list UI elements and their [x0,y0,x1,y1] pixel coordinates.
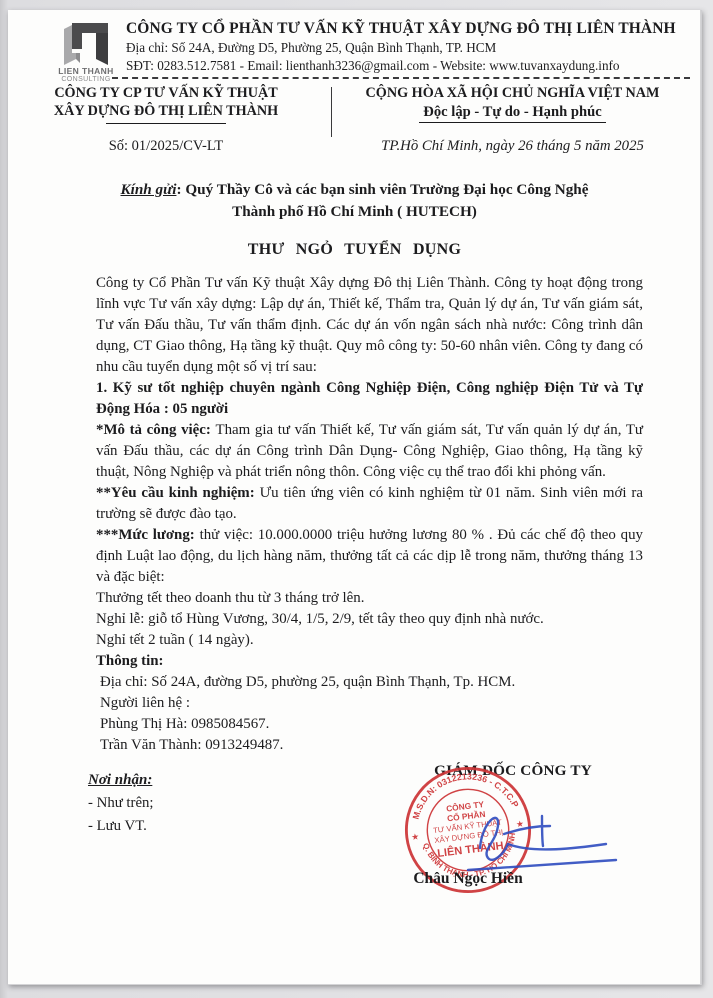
motto-block: CỘNG HÒA XÃ HỘI CHỦ NGHĨA VIỆT NAM Độc l… [324,85,701,124]
company-logo: LIEN THANH CONSULTING [54,19,118,89]
issuer-underline [106,123,226,124]
salutation: Kính gửi: Quý Thầy Cô và các bạn sinh vi… [8,179,701,223]
scan-background: LIEN THANH CONSULTING CÔNG TY CỔ PHẦN TƯ… [0,0,713,998]
signer-name: Châu Ngọc Hiền [368,870,568,888]
document-page: LIEN THANH CONSULTING CÔNG TY CỔ PHẦN TƯ… [8,10,702,985]
logo-text-line2: CONSULTING [54,76,118,84]
issuer-line1: CÔNG TY CP TƯ VẤN KỸ THUẬT [8,85,324,103]
salutation-line1: Quý Thầy Cô và các bạn sinh viên Trường … [185,181,588,198]
header-vertical-divider [331,87,332,137]
recipient-item: - Lưu VT. [88,815,154,839]
paragraph-holidays: Nghỉ lễ: giỗ tổ Hùng Vương, 30/4, 1/5, 2… [96,609,643,630]
paragraph-info-label: Thông tin: [96,651,643,672]
recipients-label: Nơi nhận: [88,768,154,792]
company-address: Địa chỉ: Số 24A, Đường D5, Phường 25, Qu… [126,40,685,56]
national-header: CÔNG TY CP TƯ VẤN KỸ THUẬT XÂY DỰNG ĐÔ T… [8,85,701,124]
recipients-block: Nơi nhận: - Như trên; - Lưu VT. [88,768,154,839]
stamp-star-left: ★ [411,831,420,842]
recipient-item: - Như trên; [88,792,154,816]
paragraph-contact-2: Trần Văn Thành: 0913249487. [96,735,643,756]
letter-body: Công ty Cổ Phần Tư vấn Kỹ thuật Xây dựng… [8,259,701,756]
company-letterhead: LIEN THANH CONSULTING CÔNG TY CỔ PHẦN TƯ… [8,10,701,79]
paragraph-tet-bonus: Thưởng tết theo doanh thu từ 3 tháng trở… [96,588,643,609]
paragraph-position: 1. Kỹ sư tốt nghiệp chuyên ngành Công Ng… [96,378,643,420]
reference-number: Số: 01/2025/CV-LT [8,138,324,155]
national-motto-line2: Độc lập - Tự do - Hạnh phúc [419,104,605,123]
salutation-label: Kính gửi [121,181,177,198]
paragraph-tet-leave: Nghỉ tết 2 tuần ( 14 ngày). [96,630,643,651]
logo-text-line1: LIEN THANH [54,67,118,76]
dashed-separator [112,77,690,79]
paragraph-intro: Công ty Cổ Phần Tư vấn Kỹ thuật Xây dựng… [96,273,643,378]
issuer-line2: XÂY DỰNG ĐÔ THỊ LIÊN THÀNH [8,103,324,121]
signature-section: Nơi nhận: - Như trên; - Lưu VT. GIÁM ĐỐC… [8,762,701,977]
paragraph-contact-1: Phùng Thị Hà: 0985084567. [96,714,643,735]
salutation-line2: Thành phố Hồ Chí Minh ( HUTECH) [232,203,477,220]
paragraph-job-description: *Mô tả công việc: Tham gia tư vấn Thiết … [96,420,643,483]
paragraph-salary: ***Mức lương: thử việc: 10.000.0000 triệ… [96,525,643,588]
issuer-block: CÔNG TY CP TƯ VẤN KỸ THUẬT XÂY DỰNG ĐÔ T… [8,85,324,124]
paragraph-address: Địa chỉ: Số 24A, đường D5, phường 25, qu… [96,672,643,693]
date-place-line: TP.Hồ Chí Minh, ngày 26 tháng 5 năm 2025 [324,138,701,155]
paragraph-experience: **Yêu cầu kinh nghiệm: Ưu tiên ứng viên … [96,483,643,525]
document-title: THƯ NGỎ TUYỂN DỤNG [8,241,701,259]
company-name: CÔNG TY CỔ PHẦN TƯ VẤN KỸ THUẬT XÂY DỰNG… [126,20,685,38]
company-contact: SĐT: 0283.512.7581 - Email: lienthanh323… [126,58,685,74]
salutation-colon: : [176,181,185,198]
lien-thanh-logo-icon [60,19,112,67]
national-motto-line1: CỘNG HÒA XÃ HỘI CHỦ NGHĨA VIỆT NAM [324,85,701,103]
paragraph-contact-label: Người liên hệ : [96,693,643,714]
reference-row: Số: 01/2025/CV-LT TP.Hồ Chí Minh, ngày 2… [8,138,701,155]
